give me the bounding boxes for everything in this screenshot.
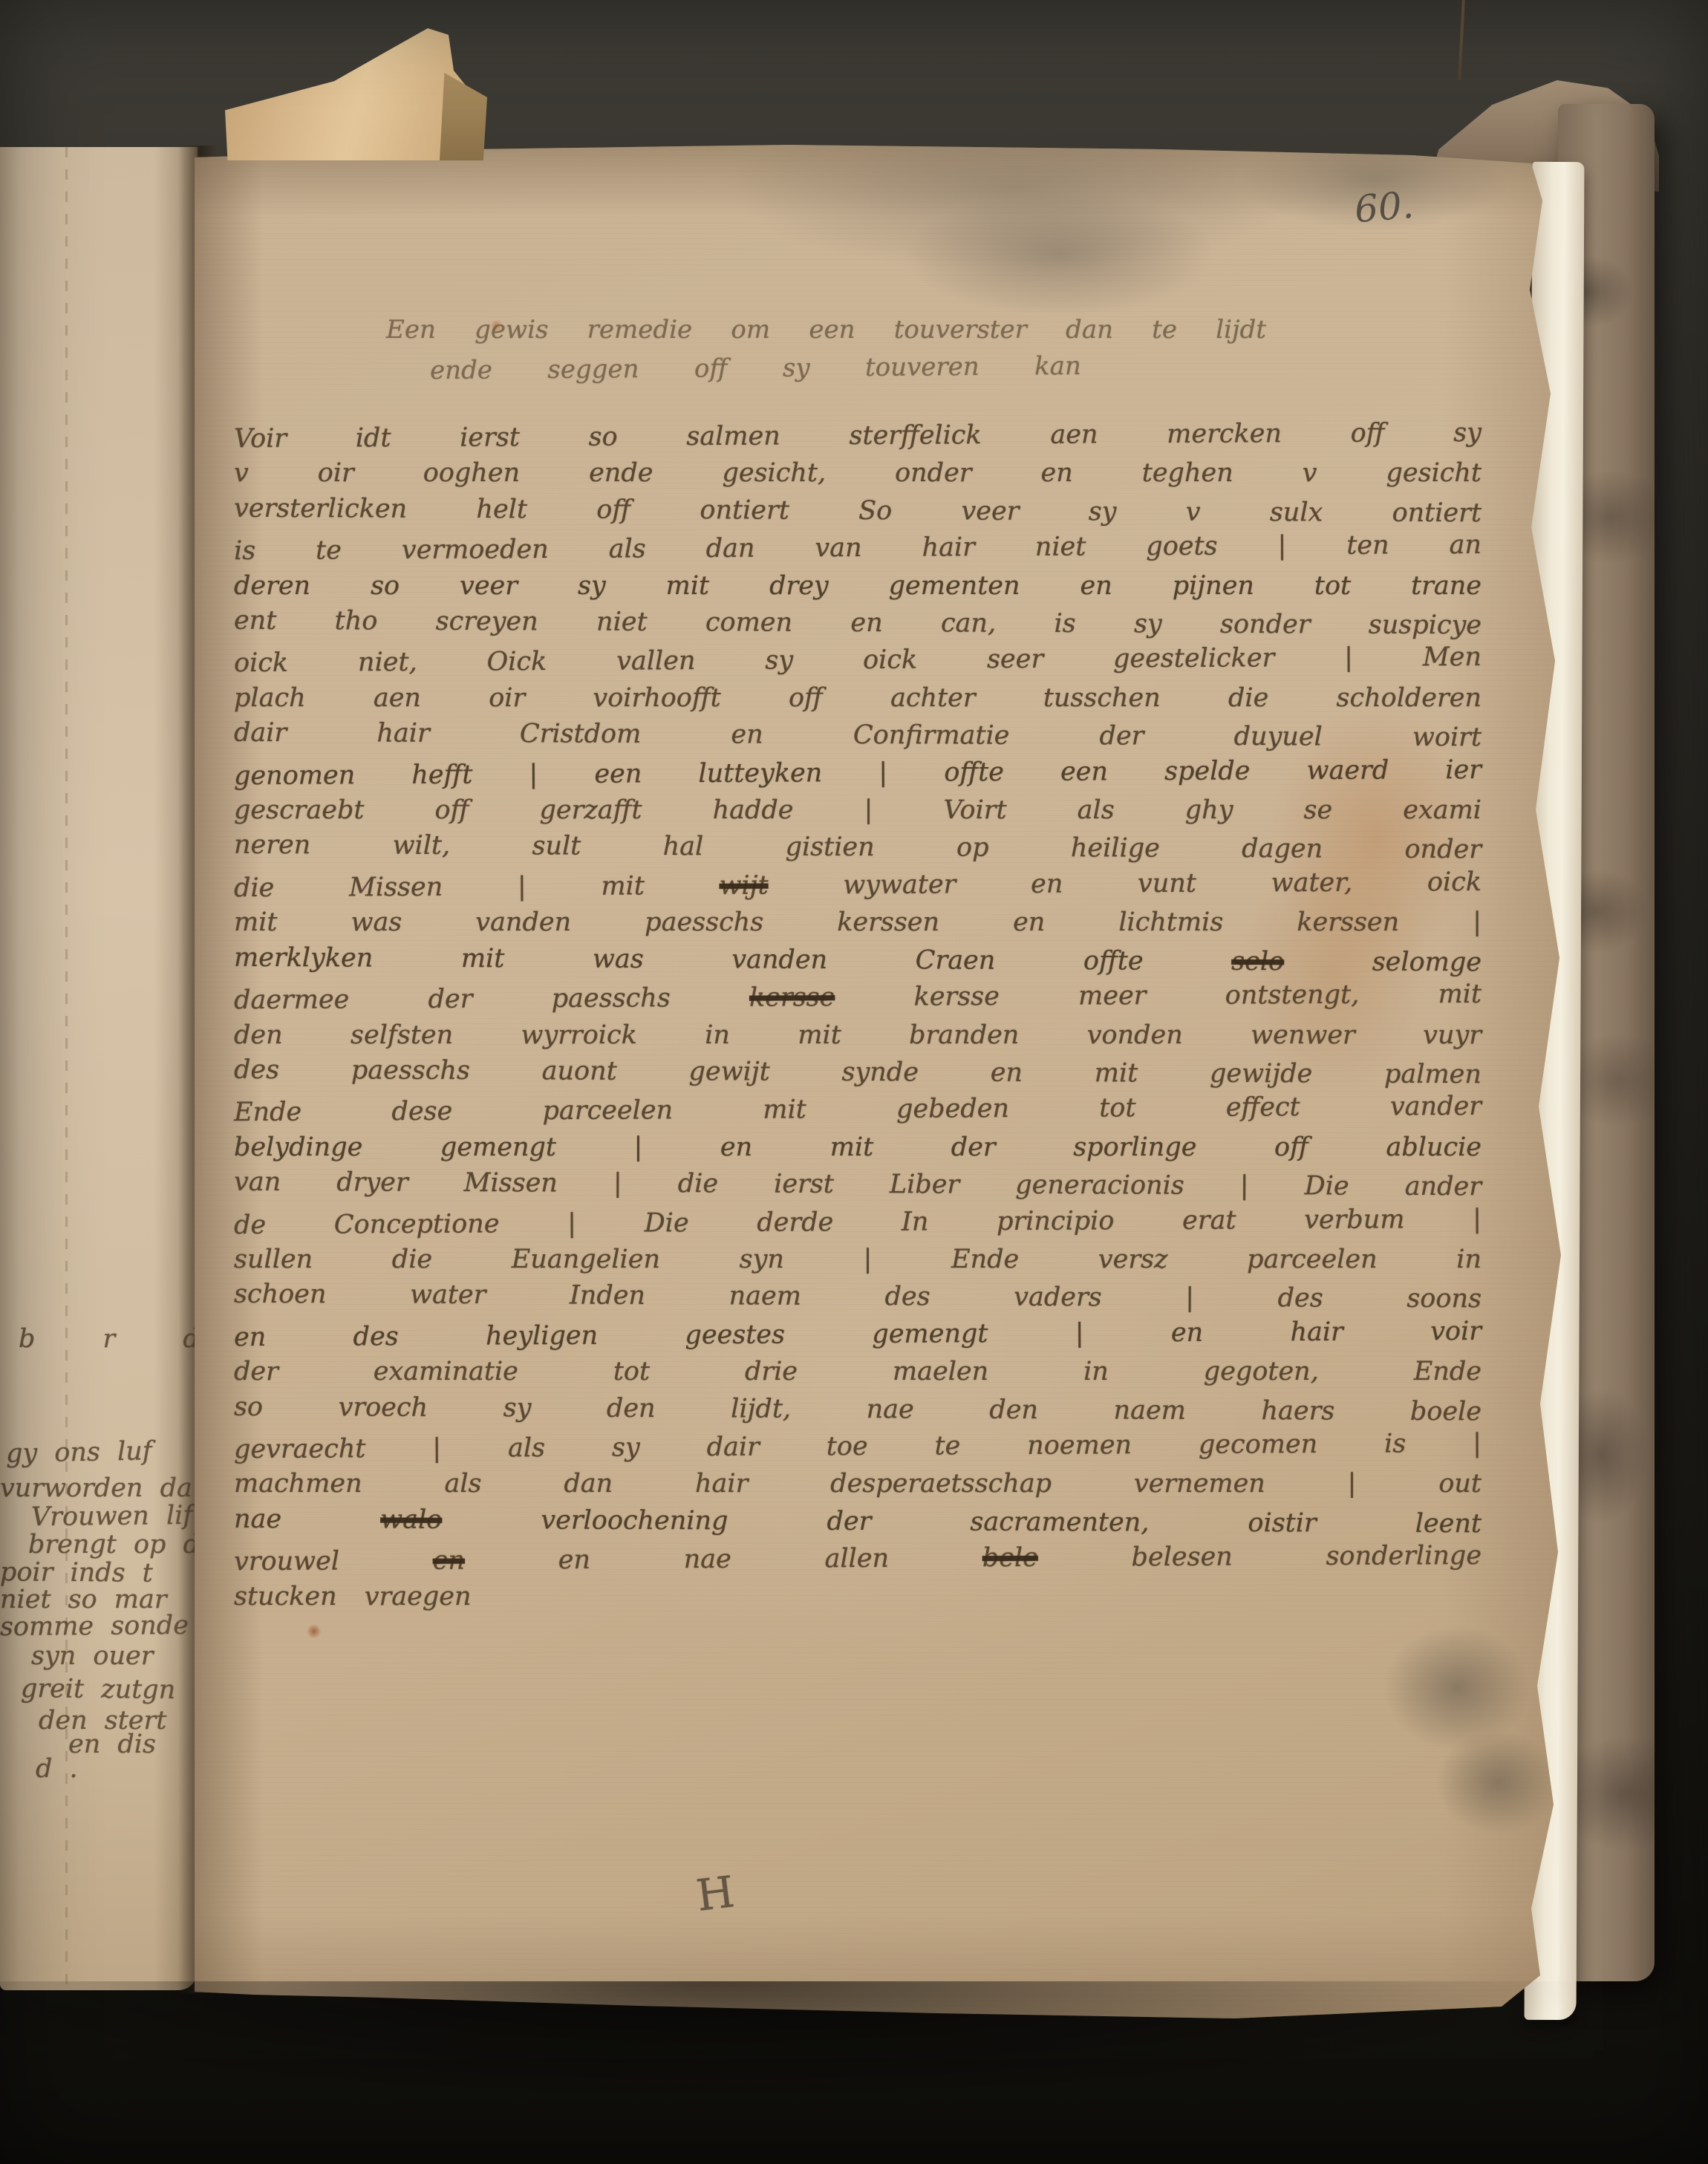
left-page-fragment: d . bbox=[36, 1754, 78, 1784]
left-page-fragment: gy ons luf bbox=[6, 1436, 152, 1468]
left-page: b r d egy ons lufvurworden daVrouwen lif… bbox=[0, 147, 198, 1990]
text-line: dair hair Cristdom en Confirmatie der du… bbox=[234, 714, 1482, 757]
left-page-fragment: en dis bbox=[68, 1730, 156, 1759]
text-line: des paesschs auont gewijt synde en mit g… bbox=[234, 1052, 1482, 1094]
text-line: vrouwel en en nae allen bele belesen son… bbox=[234, 1537, 1482, 1581]
text-line: so vroech sy den lijdt, nae den naem hae… bbox=[234, 1388, 1482, 1430]
text-line: schoen water Inden naem des vaders | des… bbox=[234, 1276, 1482, 1318]
struck-word: en bbox=[433, 1546, 465, 1576]
left-page-fragment: b r d e bbox=[19, 1324, 198, 1354]
left-page-fragment: brengt op d bbox=[28, 1530, 198, 1560]
struck-word: kersse bbox=[749, 982, 835, 1013]
text-line: gescraebt off gerzafft hadde | Voirt als… bbox=[234, 792, 1482, 829]
manuscript-photo: b r d egy ons lufvurworden daVrouwen lif… bbox=[0, 0, 1708, 2164]
text-line: mit was vanden paesschs kerssen en licht… bbox=[234, 904, 1482, 941]
text-line: neren wilt, sult hal gistien op heilige … bbox=[234, 827, 1482, 869]
text-line: oick niet, Oick vallen sy oick seer gees… bbox=[234, 639, 1482, 682]
text-line: sullen die Euangelien syn | Ende versz p… bbox=[234, 1241, 1482, 1278]
struck-word: selo bbox=[1231, 947, 1284, 977]
text-line: der examinatie tot drie maelen in gegote… bbox=[234, 1353, 1482, 1390]
signature-mark: H bbox=[694, 1866, 737, 1921]
text-line: ent tho screyen niet comen en can, is sy… bbox=[234, 602, 1482, 645]
left-page-fragment: greit zutgn bbox=[21, 1674, 176, 1705]
body-text: Voir idt ierst so salmen sterffelick aen… bbox=[234, 417, 1482, 1615]
struck-word: wijt bbox=[719, 870, 768, 900]
folio-number: 60. bbox=[1353, 183, 1415, 232]
text-line: deren so veer sy mit drey gementen en pi… bbox=[234, 567, 1482, 604]
text-line: genomen hefft | een lutteyken | offte ee… bbox=[234, 752, 1482, 795]
text-line: stucken vraegen bbox=[234, 1578, 1482, 1615]
title-line: Een gewis remedie om een touverster dan … bbox=[386, 310, 1266, 349]
left-page-fragment: vurworden da bbox=[0, 1473, 192, 1503]
text-line: den selfsten wyrroick in mit branden von… bbox=[234, 1017, 1482, 1054]
text-line: merklyken mit was vanden Craen offte sel… bbox=[234, 939, 1482, 981]
book-shadow bbox=[0, 1981, 1589, 2100]
title-block: Een gewis remedie om een touverster dan … bbox=[386, 310, 1266, 388]
repair-tab-fold bbox=[440, 73, 487, 160]
left-page-fragment: poir inds t bbox=[0, 1557, 153, 1588]
text-line: gevraecht | als sy dair toe te noemen ge… bbox=[234, 1425, 1482, 1469]
left-page-fragment: somme sonde bbox=[0, 1611, 189, 1642]
left-page-fragment: Vrouwen lif bbox=[31, 1501, 193, 1532]
text-line: machmen als dan hair desperaetsschap ver… bbox=[234, 1465, 1482, 1502]
text-line: plach aen oir voirhoofft off achter tuss… bbox=[234, 679, 1482, 717]
struck-word: walo bbox=[380, 1505, 442, 1534]
left-page-fragment: syn ouer bbox=[31, 1641, 153, 1671]
text-line: en des heyligen geestes gemengt | en hai… bbox=[234, 1313, 1482, 1357]
text-line: de Conceptione | Die derde In principio … bbox=[234, 1200, 1482, 1244]
text-line: van dryer Missen | die ierst Liber gener… bbox=[234, 1164, 1482, 1206]
struck-word: bele bbox=[982, 1543, 1038, 1573]
text-line: Voir idt ierst so salmen sterffelick aen… bbox=[234, 414, 1482, 458]
text-line: daermee der paesschs kersse kersse meer … bbox=[234, 976, 1482, 1020]
text-line: belydinge gemengt | en mit der sporlinge… bbox=[234, 1129, 1482, 1166]
binding-thread bbox=[1458, 0, 1465, 80]
text-line: is te vermoeden als dan van hair niet go… bbox=[234, 527, 1482, 570]
text-line: v oir ooghen ende gesicht, onder en tegh… bbox=[234, 454, 1482, 492]
text-line: nae walo verloochening der sacramenten, … bbox=[234, 1501, 1482, 1543]
text-line: die Missen | mit wijt wywater en vunt wa… bbox=[234, 864, 1482, 907]
title-line: ende seggen off sy touveren kan bbox=[430, 347, 1081, 390]
text-line: Ende dese parceelen mit gebeden tot effe… bbox=[234, 1088, 1482, 1132]
text-line: versterlicken helt off ontiert So veer s… bbox=[234, 490, 1482, 532]
left-page-fragment: niet so mar bbox=[0, 1585, 167, 1614]
